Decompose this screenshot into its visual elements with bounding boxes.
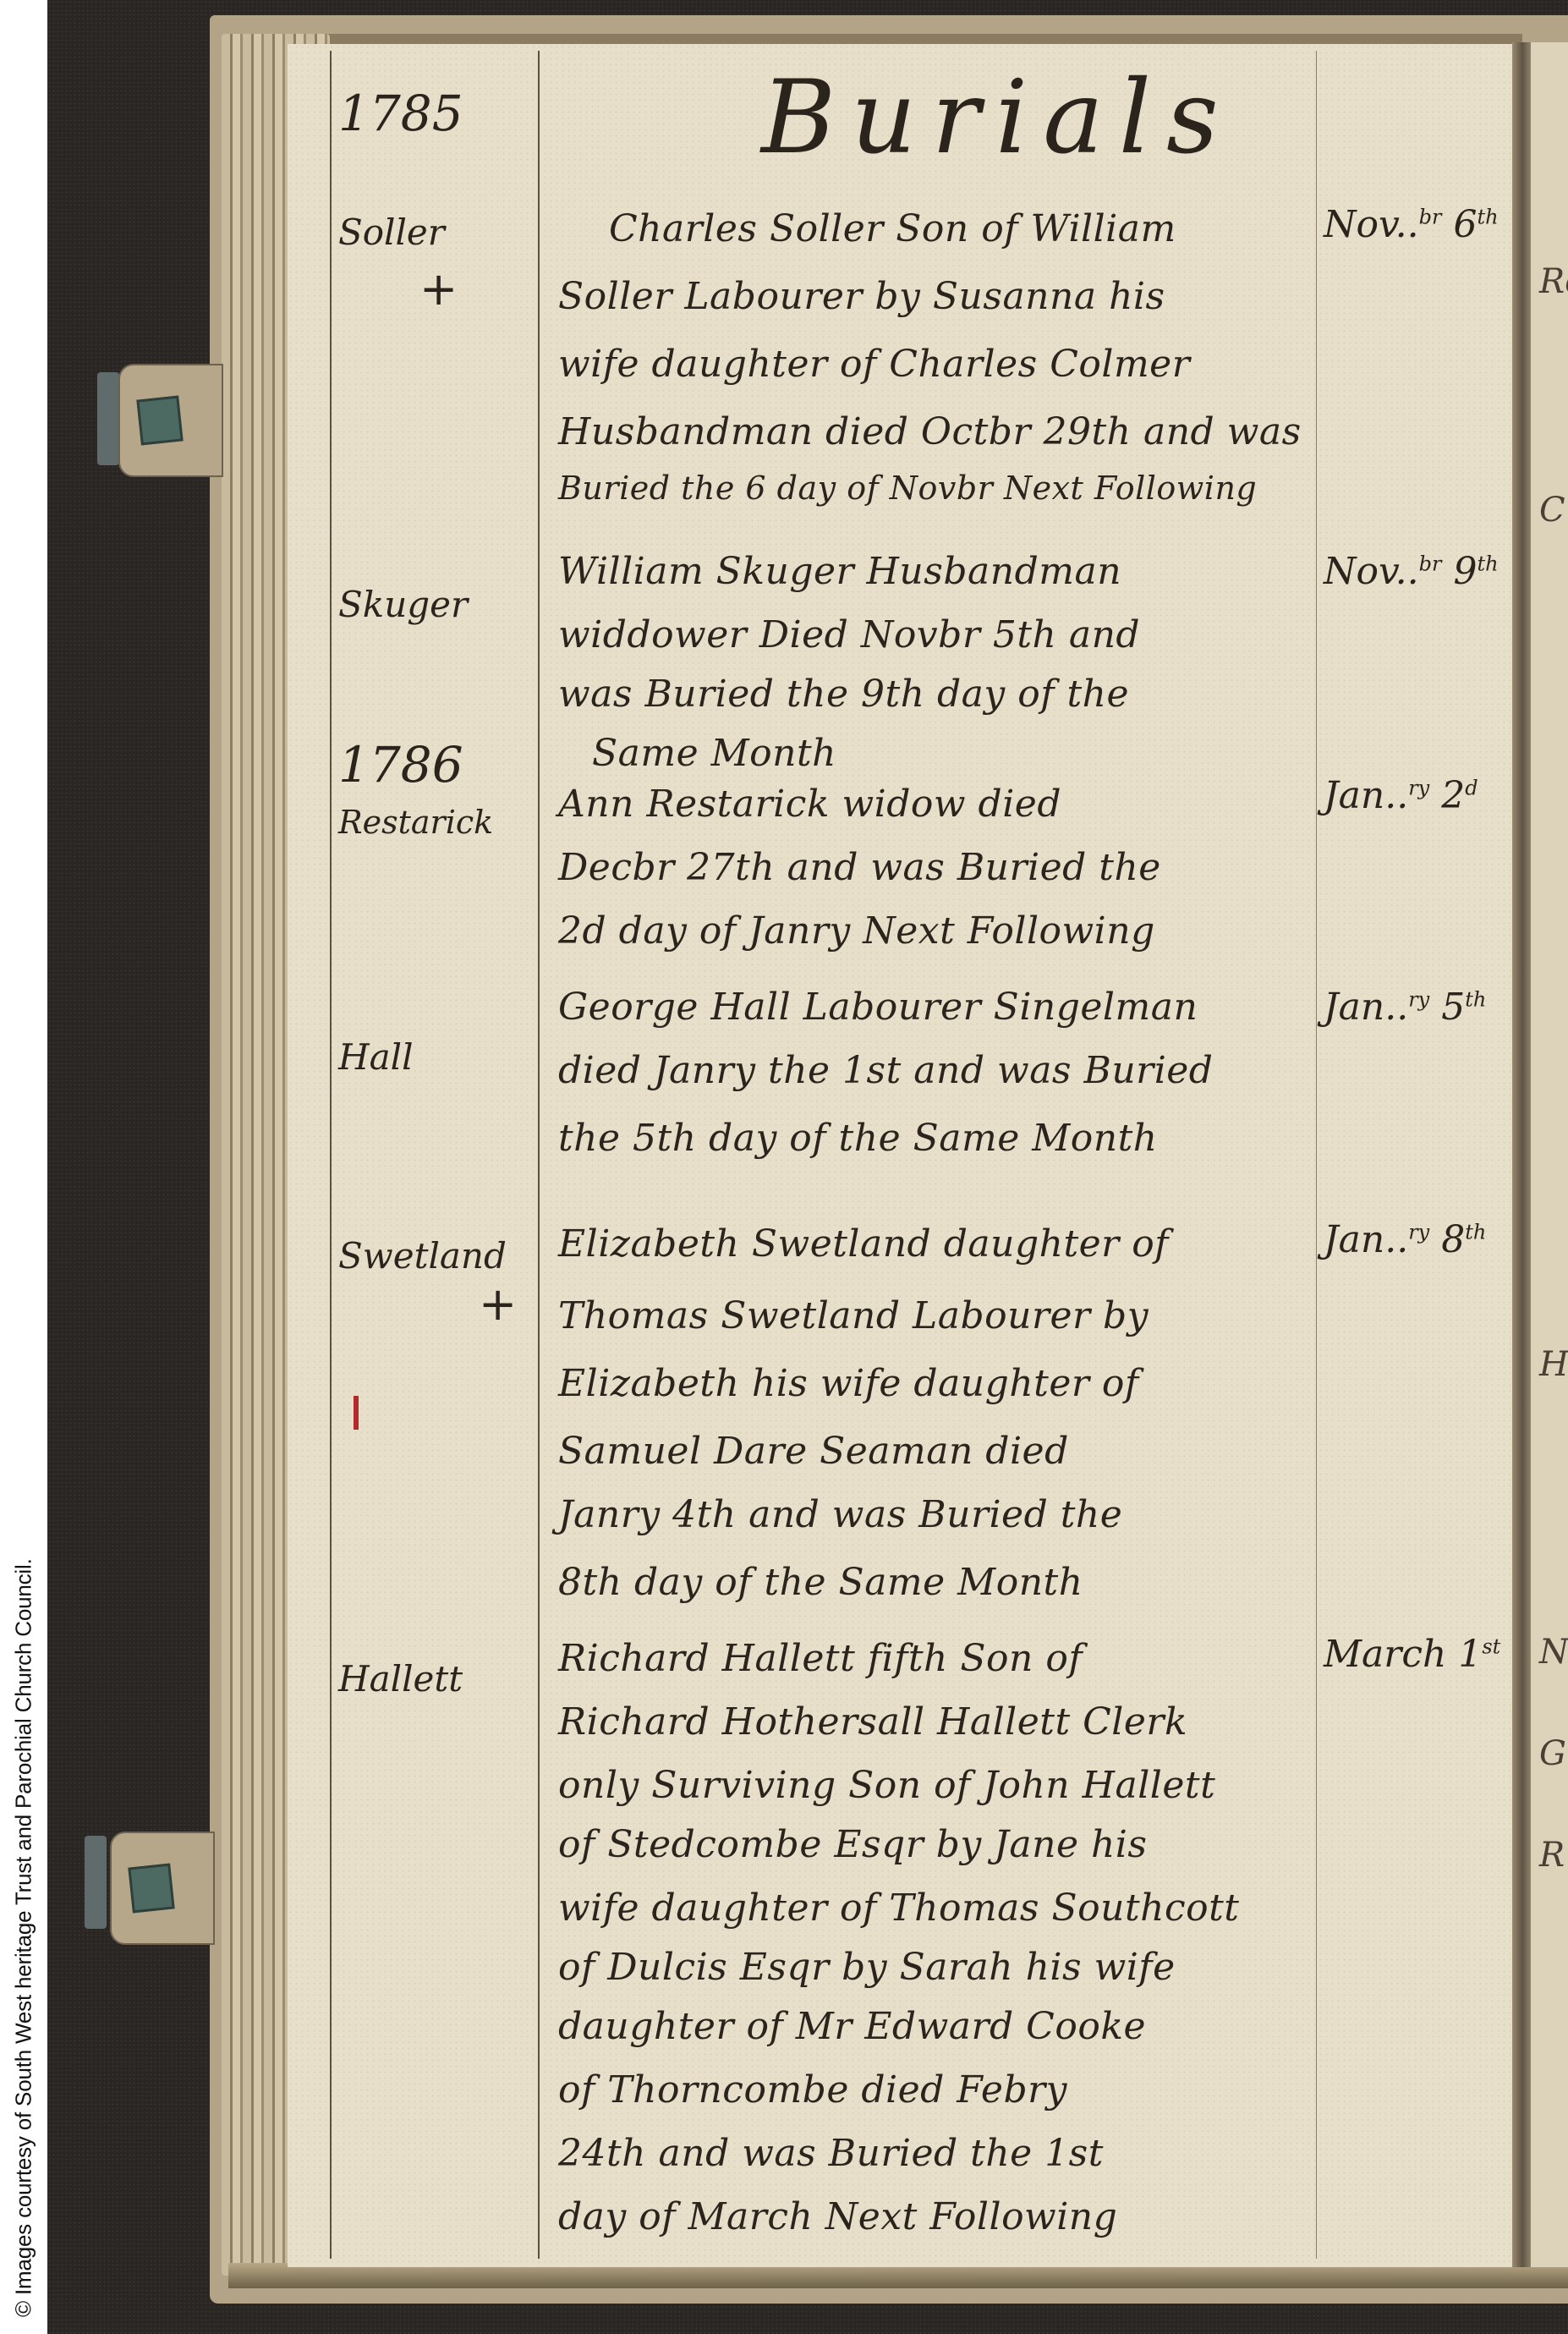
year-1785: 1785 bbox=[338, 85, 463, 142]
date-day-sup: th bbox=[1477, 552, 1498, 575]
margin-rule-outer bbox=[330, 51, 332, 2259]
date-month-sup: ry bbox=[1408, 987, 1429, 1011]
facing-page-mark: Na bbox=[1539, 1633, 1568, 1672]
entry-line: 24th and was Buried the 1st bbox=[558, 2132, 1104, 2175]
burial-date: March 1st bbox=[1324, 1633, 1500, 1676]
date-day: 2 bbox=[1441, 774, 1465, 817]
clasp-bottom-icon bbox=[110, 1832, 215, 1945]
date-month: Jan.. bbox=[1324, 774, 1408, 817]
entry-line: Ann Restarick widow died bbox=[558, 783, 1061, 826]
entry-line: 8th day of the Same Month bbox=[558, 1561, 1083, 1604]
burial-date: Jan..ry 5th bbox=[1324, 986, 1486, 1029]
register-heading: Burials bbox=[761, 59, 1234, 177]
entry-line: of Thorncombe died Febry bbox=[558, 2068, 1067, 2112]
entry-line: was Buried the 9th day of the bbox=[558, 673, 1129, 716]
date-month: March bbox=[1324, 1633, 1446, 1676]
date-day-sup: th bbox=[1465, 987, 1486, 1011]
entry-line: Samuel Dare Seaman died bbox=[558, 1430, 1069, 1473]
date-month: Nov.. bbox=[1324, 203, 1419, 246]
facing-page-mark: R bbox=[1539, 1836, 1565, 1875]
entry-line: Same Month bbox=[592, 732, 836, 775]
entry-line: Charles Soller Son of William bbox=[609, 207, 1176, 250]
margin-rule bbox=[538, 51, 540, 2259]
entry-line: Decbr 27th and was Buried the bbox=[558, 846, 1161, 889]
date-day-sup: st bbox=[1482, 1634, 1500, 1658]
entry-line: of Dulcis Esqr by Sarah his wife bbox=[558, 1946, 1176, 1989]
date-month-sup: ry bbox=[1408, 776, 1429, 799]
entry-line: William Skuger Husbandman bbox=[558, 550, 1121, 593]
margin-surname: Swetland bbox=[338, 1235, 507, 1277]
burial-date: Nov..br 6th bbox=[1324, 203, 1499, 246]
entry-line: daughter of Mr Edward Cooke bbox=[558, 2005, 1146, 2048]
entry-line: of Stedcombe Esqr by Jane his bbox=[558, 1823, 1147, 1866]
entry-line: 2d day of Janry Next Following bbox=[558, 909, 1155, 953]
cross-mark-icon: + bbox=[419, 262, 458, 316]
date-month: Jan.. bbox=[1324, 1218, 1408, 1261]
margin-surname: Soller bbox=[338, 211, 445, 253]
date-month: Jan.. bbox=[1324, 986, 1408, 1029]
entry-line: the 5th day of the Same Month bbox=[558, 1117, 1158, 1160]
date-day: 9 bbox=[1453, 550, 1477, 593]
date-day-sup: th bbox=[1477, 205, 1498, 228]
date-day: 1 bbox=[1458, 1633, 1482, 1676]
date-day: 5 bbox=[1441, 986, 1465, 1029]
entry-line: wife daughter of Charles Colmer bbox=[558, 343, 1190, 386]
burial-date: Nov..br 9th bbox=[1324, 550, 1499, 593]
date-day: 6 bbox=[1453, 203, 1477, 246]
entry-line: Richard Hallett fifth Son of bbox=[558, 1637, 1083, 1680]
date-column-rule bbox=[1316, 51, 1317, 2259]
facing-page-sliver bbox=[1531, 42, 1568, 2267]
entry-line: widdower Died Novbr 5th and bbox=[558, 613, 1140, 656]
entry-line: died Janry the 1st and was Buried bbox=[558, 1049, 1213, 1092]
entry-line: Thomas Swetland Labourer by bbox=[558, 1294, 1149, 1337]
book-gutter bbox=[1512, 42, 1532, 2267]
date-month-sup: br bbox=[1419, 552, 1442, 575]
date-month-sup: br bbox=[1419, 205, 1442, 228]
date-day: 8 bbox=[1441, 1218, 1465, 1261]
cross-mark-icon: + bbox=[479, 1277, 517, 1331]
burial-date: Jan..ry 8th bbox=[1324, 1218, 1486, 1261]
entry-line: Soller Labourer by Susanna his bbox=[558, 275, 1165, 318]
clasp-pin-top bbox=[97, 372, 119, 465]
date-month-sup: ry bbox=[1408, 1220, 1429, 1244]
date-day-sup: d bbox=[1465, 776, 1478, 799]
date-month: Nov.. bbox=[1324, 550, 1419, 593]
clasp-top-icon bbox=[118, 364, 223, 477]
margin-surname: Skuger bbox=[338, 584, 468, 625]
year-1786: 1786 bbox=[338, 736, 463, 794]
image-credit: © Images courtesy of South West heritage… bbox=[11, 1558, 37, 2317]
entry-line: Janry 4th and was Buried the bbox=[558, 1493, 1122, 1536]
entry-line: only Surviving Son of John Hallett bbox=[558, 1764, 1215, 1807]
entry-line: George Hall Labourer Singelman bbox=[558, 986, 1198, 1029]
clasp-pin-bottom bbox=[85, 1836, 107, 1929]
facing-page-mark: H bbox=[1539, 1345, 1568, 1384]
entry-line: wife daughter of Thomas Southcott bbox=[558, 1886, 1239, 1930]
entry-line: Elizabeth Swetland daughter of bbox=[558, 1222, 1169, 1266]
entry-line: Husbandman died Octbr 29th and was bbox=[558, 410, 1302, 453]
burial-date: Jan..ry 2d bbox=[1324, 774, 1478, 817]
red-tab-mark bbox=[354, 1396, 359, 1430]
entry-line: day of March Next Following bbox=[558, 2195, 1117, 2238]
entry-line: Richard Hothersall Hallett Clerk bbox=[558, 1700, 1187, 1744]
facing-page-mark: C bbox=[1539, 491, 1565, 530]
entry-line: Elizabeth his wife daughter of bbox=[558, 1362, 1139, 1405]
margin-surname: Hall bbox=[338, 1036, 414, 1078]
credit-strip: © Images courtesy of South West heritage… bbox=[0, 0, 47, 2334]
margin-surname: Restarick bbox=[338, 804, 493, 841]
facing-page-mark: Ro bbox=[1539, 262, 1568, 301]
date-day-sup: th bbox=[1465, 1220, 1486, 1244]
facing-page-mark: G bbox=[1539, 1734, 1566, 1773]
margin-surname: Hallett bbox=[338, 1658, 463, 1700]
entry-line: Buried the 6 day of Novbr Next Following bbox=[558, 470, 1257, 507]
